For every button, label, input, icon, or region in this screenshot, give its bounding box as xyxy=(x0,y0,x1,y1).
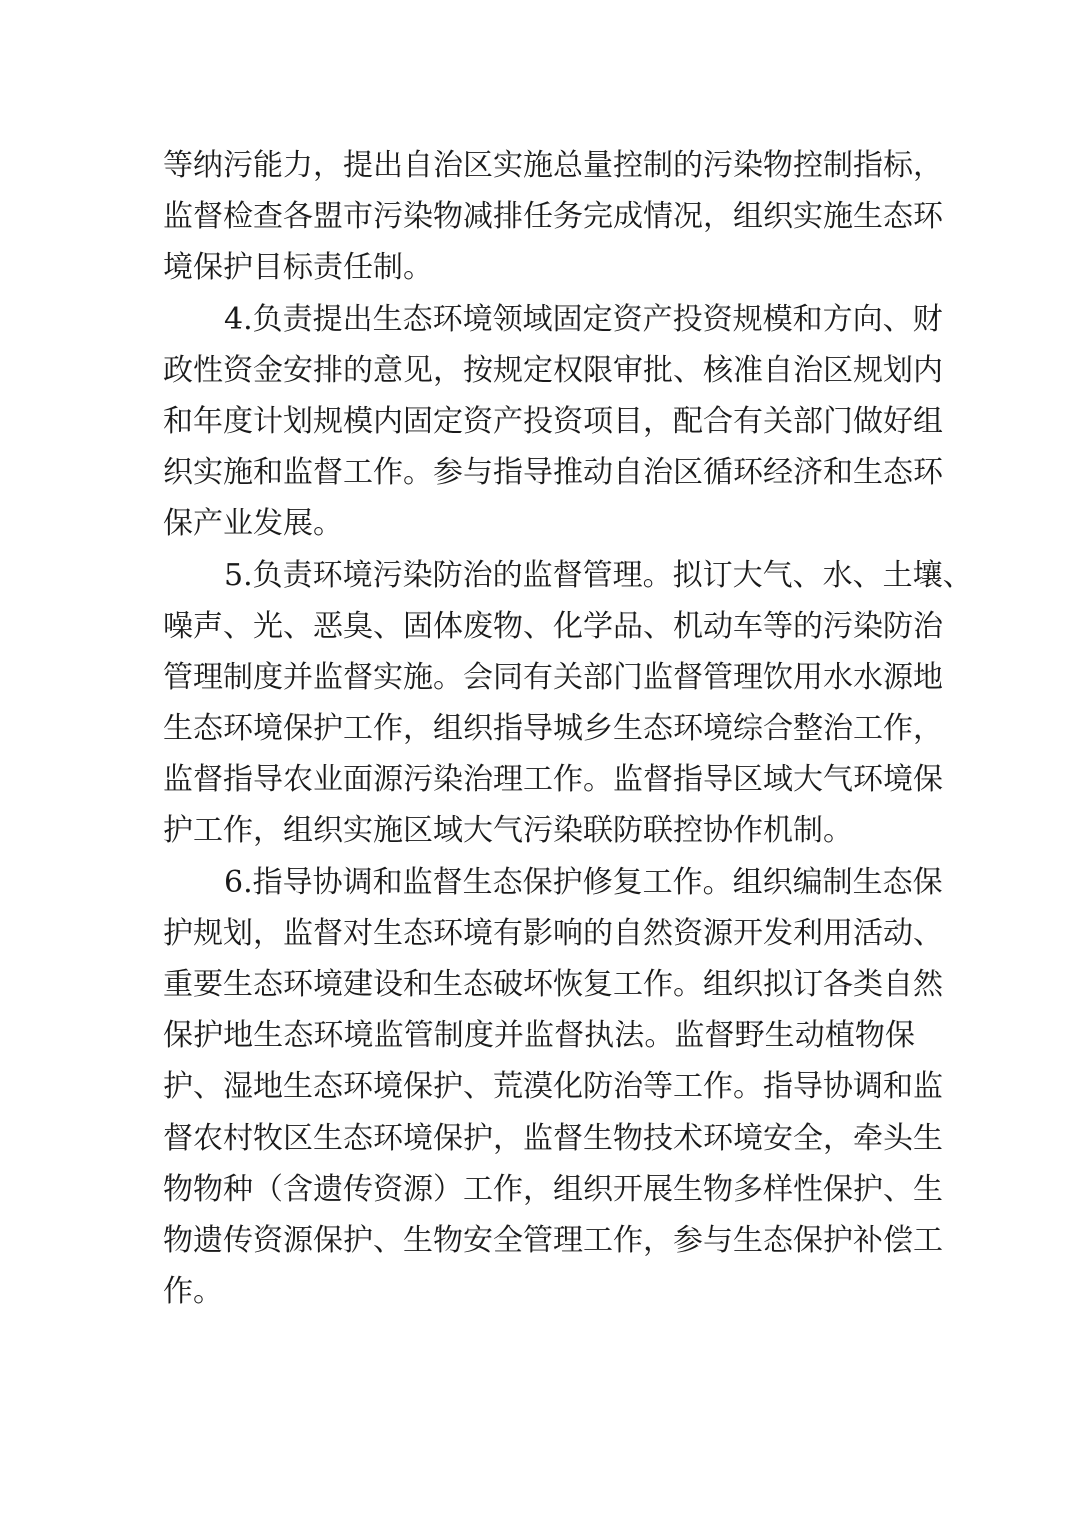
text-line: 监督检查各盟市污染物减排任务完成情况，组织实施生态环 xyxy=(163,191,915,242)
text-line: 4.负责提出生态环境领域固定资产投资规模和方向、财 xyxy=(163,294,915,345)
text-line: 政性资金安排的意见，按规定权限审批、核准自治区规划内 xyxy=(163,345,915,396)
text-line: 境保护目标责任制。 xyxy=(163,242,915,293)
text-line: 6.指导协调和监督生态保护修复工作。组织编制生态保 xyxy=(163,857,915,908)
text-line: 重要生态环境建设和生态破坏恢复工作。组织拟订各类自然 xyxy=(163,959,915,1010)
paragraph-continuation: 等纳污能力，提出自治区实施总量控制的污染物控制指标， 监督检查各盟市污染物减排任… xyxy=(163,140,915,294)
text-line: 护规划，监督对生态环境有影响的自然资源开发利用活动、 xyxy=(163,908,915,959)
paragraph-item-4: 4.负责提出生态环境领域固定资产投资规模和方向、财 政性资金安排的意见，按规定权… xyxy=(163,294,915,550)
text-line: 织实施和监督工作。参与指导推动自治区循环经济和生态环 xyxy=(163,447,915,498)
text-line: 噪声、光、恶臭、固体废物、化学品、机动车等的污染防治 xyxy=(163,601,915,652)
text-line: 督农村牧区生态环境保护，监督生物技术环境安全，牵头生 xyxy=(163,1113,915,1164)
text-line: 和年度计划规模内固定资产投资项目，配合有关部门做好组 xyxy=(163,396,915,447)
text-line: 护工作，组织实施区域大气污染联防联控协作机制。 xyxy=(163,805,915,856)
text-line: 护、湿地生态环境保护、荒漠化防治等工作。指导协调和监 xyxy=(163,1061,915,1112)
paragraph-item-6: 6.指导协调和监督生态保护修复工作。组织编制生态保 护规划，监督对生态环境有影响… xyxy=(163,857,915,1318)
text-line: 等纳污能力，提出自治区实施总量控制的污染物控制指标， xyxy=(163,140,915,191)
text-line: 生态环境保护工作，组织指导城乡生态环境综合整治工作， xyxy=(163,703,915,754)
text-line: 物遗传资源保护、生物安全管理工作，参与生态保护补偿工 xyxy=(163,1215,915,1266)
text-line: 管理制度并监督实施。会同有关部门监督管理饮用水水源地 xyxy=(163,652,915,703)
text-line: 保产业发展。 xyxy=(163,498,915,549)
document-page: 等纳污能力，提出自治区实施总量控制的污染物控制指标， 监督检查各盟市污染物减排任… xyxy=(163,140,915,1317)
text-line: 监督指导农业面源污染治理工作。监督指导区域大气环境保 xyxy=(163,754,915,805)
text-line: 作。 xyxy=(163,1266,915,1317)
text-line: 保护地生态环境监管制度并监督执法。监督野生动植物保 xyxy=(163,1010,915,1061)
paragraph-item-5: 5.负责环境污染防治的监督管理。拟订大气、水、土壤、 噪声、光、恶臭、固体废物、… xyxy=(163,550,915,857)
text-line: 5.负责环境污染防治的监督管理。拟订大气、水、土壤、 xyxy=(163,550,915,601)
text-line: 物物种（含遗传资源）工作，组织开展生物多样性保护、生 xyxy=(163,1164,915,1215)
